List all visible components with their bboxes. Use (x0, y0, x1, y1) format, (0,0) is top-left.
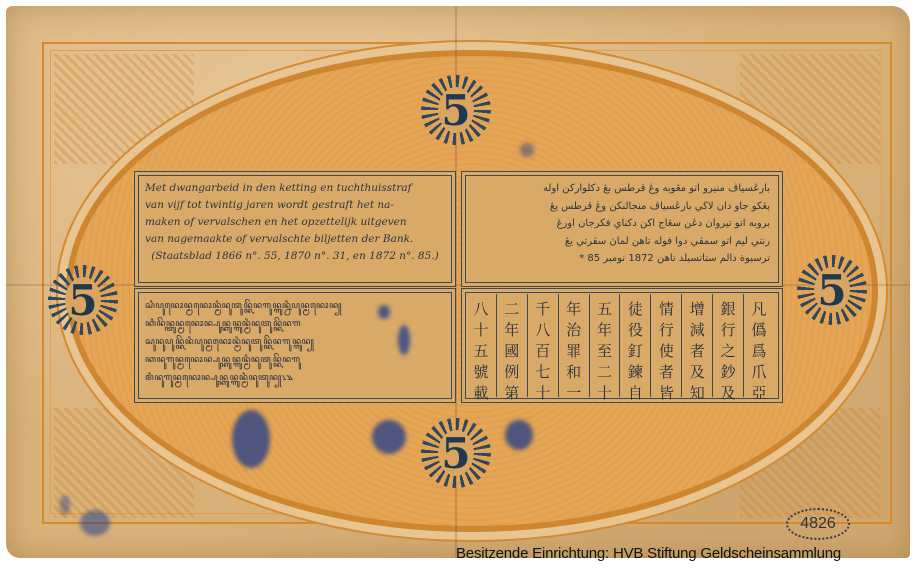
chinese-character: 鈔 (721, 361, 736, 382)
chinese-character: 一 (566, 382, 581, 403)
chinese-character: 爲 (752, 340, 767, 361)
serial-stamp: 4826 (786, 508, 850, 540)
chinese-character: 千 (535, 298, 550, 319)
chinese-character: 第 (504, 382, 519, 403)
chinese-character: 減 (690, 319, 705, 340)
chinese-character: 年 (504, 319, 519, 340)
denomination-rosette-right: 5 (797, 255, 867, 325)
chinese-character: 十 (597, 382, 612, 403)
chinese-character: 十 (473, 319, 488, 340)
chinese-character: 之 (721, 340, 736, 361)
chinese-character: 銀 (721, 298, 736, 319)
denomination-rosette-left: 5 (48, 265, 118, 335)
text-line: ꦩꦶꦤꦸꦒꦸꦤ꧀ꦩꦤꦺꦴꦤ꧀ꦥꦸꦤ꧀ꦏꦸꦤ꧀ꦒꦸꦤ꧀ꦩꦶꦤꦸꦠꦸꦤ꧀꧈꧉ (145, 369, 445, 387)
chinese-character: 役 (628, 319, 643, 340)
chinese-character: 載 (473, 382, 488, 403)
text-line: بروبه اتو تيروان دڠن سڠاج اکن دکناي فکرج… (470, 215, 770, 233)
statute-reference: (Staatsblad 1866 n°. 55, 1870 n°. 31, en… (145, 248, 445, 265)
collection-caption: Besitzende Einrichtung: HVB Stiftung Gel… (456, 545, 841, 562)
chinese-column: 二年國例第 (496, 294, 527, 397)
text-line: maken of vervalschen en het opzettelijk … (145, 214, 445, 231)
chinese-character: 者 (690, 340, 705, 361)
ink-stain (372, 420, 406, 454)
chinese-character: 行 (659, 319, 674, 340)
chinese-character: 國 (504, 340, 519, 361)
denomination-rosette-bottom: 5 (421, 418, 491, 488)
chinese-character: 釘 (628, 340, 643, 361)
chinese-column: 千八百七十 (527, 294, 558, 397)
text-line: ترسبوة دالم ستاتسبلد تاهن 1872 نومبر 85 … (470, 250, 770, 268)
arabic-warning-text: بارڠسياڤ منيرو اتو مڠوبه وڠ قرطس بڠ دکلو… (470, 180, 770, 276)
chinese-character: 八 (535, 319, 550, 340)
chinese-character: 鍊 (628, 361, 643, 382)
chinese-column: 增減者及知 (681, 294, 712, 397)
chinese-column: 徒役釘鍊自 (619, 294, 650, 397)
chinese-character: 增 (690, 298, 705, 319)
ink-stain (60, 495, 70, 515)
chinese-character: 及 (690, 361, 705, 382)
chinese-character: 號 (473, 361, 488, 382)
chinese-character: 使 (659, 340, 674, 361)
chinese-character: 及 (721, 382, 736, 403)
text-line: بڠکو جاو دان لاڬي بارڠسياڤ منجالنکن وڠ ق… (470, 198, 770, 216)
chinese-character: 徒 (628, 298, 643, 319)
chinese-character: 凡 (752, 298, 767, 319)
chinese-character: 百 (535, 340, 550, 361)
text-line: van nagemaakte of vervalschte biljetten … (145, 231, 445, 248)
chinese-character: 情 (659, 298, 674, 319)
chinese-warning-text: 凡僞爲爪亞 銀行之鈔及 增減者及知 情行使者皆 徒役釘鍊自 五年至二十 年治罪和… (466, 294, 774, 397)
text-line: Met dwangarbeid in den ketting en tuchth… (145, 180, 445, 197)
chinese-character: 二 (597, 361, 612, 382)
chinese-character: 例 (504, 361, 519, 382)
denomination-rosette-top: 5 (421, 75, 491, 145)
chinese-character: 五 (473, 340, 488, 361)
chinese-character: 亞 (752, 382, 767, 403)
chinese-character: 罪 (566, 340, 581, 361)
ink-stain (520, 143, 534, 157)
chinese-character: 十 (535, 382, 550, 403)
chinese-column: 八十五號載 (466, 294, 496, 397)
chinese-character: 自 (628, 382, 643, 403)
chinese-character: 皆 (659, 382, 674, 403)
text-line: ꦱꦶꦥꦸꦤꦺꦴꦤ꧀ꦩꦤꦺꦴꦤ꧀ꦩꦶꦤꦸꦠꦸꦤ꧀ꦏꦼꦤꦒꦸꦤ꧀ꦒꦸꦤ꧀ꦤꦶꦥꦸꦤ꧀… (145, 297, 445, 315)
chinese-character: 至 (597, 340, 612, 361)
chinese-column: 年治罪和一 (558, 294, 589, 397)
ink-stain (232, 410, 270, 468)
chinese-character: 年 (597, 319, 612, 340)
fold-line-horizontal (6, 284, 910, 286)
chinese-column: 銀行之鈔及 (712, 294, 743, 397)
text-line: رنتي ليم اتو سمڤي دوا فوله تاهن لماڽ سڤر… (470, 233, 770, 251)
chinese-character: 治 (566, 319, 581, 340)
text-line: van vijf tot twintig jaren wordt gestraf… (145, 197, 445, 214)
chinese-character: 爪 (752, 361, 767, 382)
chinese-character: 年 (566, 298, 581, 319)
text-line: بارڠسياڤ منيرو اتو مڠوبه وڠ قرطس بڠ دکلو… (470, 180, 770, 198)
ink-stain (378, 305, 390, 319)
chinese-character: 僞 (752, 319, 767, 340)
ink-stain (505, 420, 533, 450)
chinese-character: 和 (566, 361, 581, 382)
chinese-character: 行 (721, 319, 736, 340)
chinese-character: 知 (690, 382, 705, 403)
chinese-character: 者 (659, 361, 674, 382)
text-line: ꦏꦤꦸꦒꦸꦤ꧀ꦩꦤꦺꦴꦤ꧀ꦥꦸꦤ꧀ꦏꦸꦤ꧀ꦒꦸꦤ꧀ꦩꦶꦤꦸꦠꦸꦤ꧀ꦏꦼꦤꦒꦸ (145, 351, 445, 369)
dutch-warning-text: Met dwangarbeid in den ketting en tuchth… (145, 180, 445, 276)
chinese-column: 凡僞爲爪亞 (743, 294, 774, 397)
chinese-character: 七 (535, 361, 550, 382)
ink-stain (80, 510, 110, 536)
chinese-character: 二 (504, 298, 519, 319)
ink-stain (398, 325, 410, 355)
chinese-column: 五年至二十 (589, 294, 620, 397)
chinese-character: 八 (473, 298, 488, 319)
chinese-character: 五 (597, 298, 612, 319)
chinese-column: 情行使者皆 (650, 294, 681, 397)
